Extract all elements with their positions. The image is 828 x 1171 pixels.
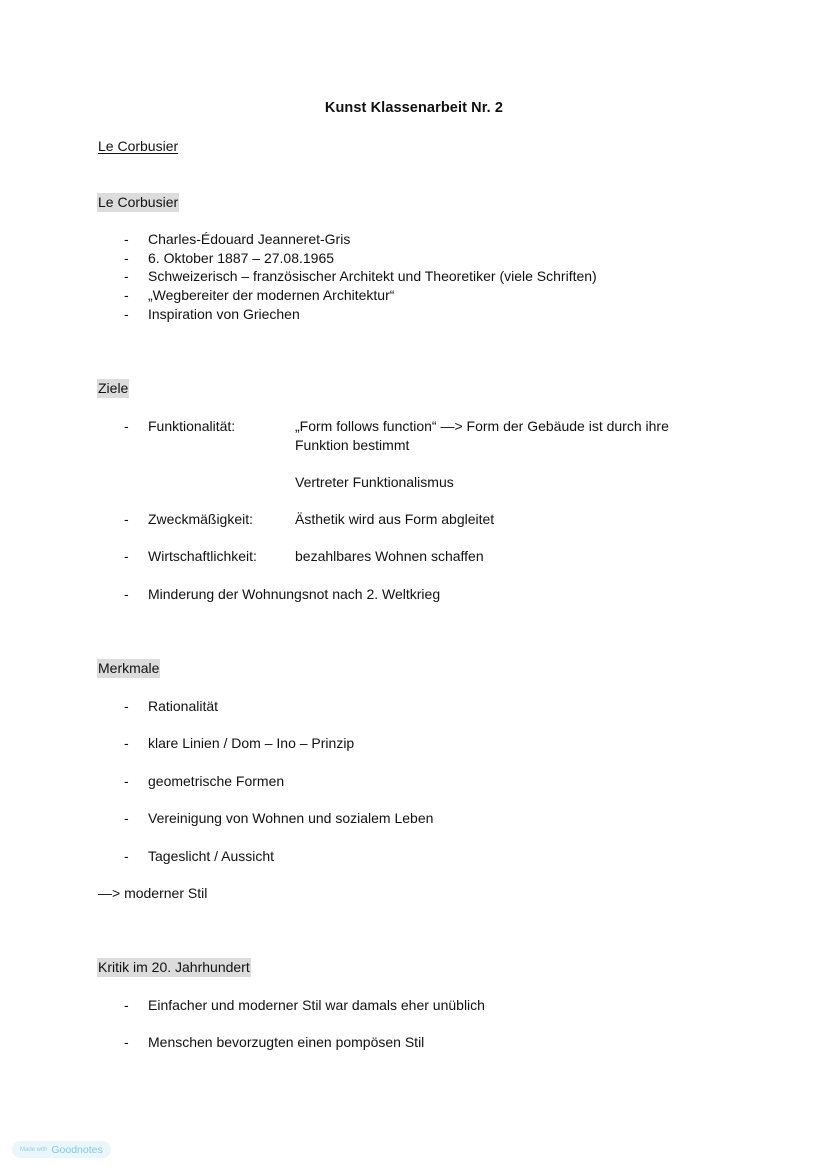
section-heading-kritik: Kritik im 20. Jahrhundert — [98, 958, 251, 976]
list-item: Vereinigung von Wohnen und sozialem Lebe… — [148, 809, 433, 827]
list-item: geometrische Formen — [148, 772, 284, 790]
list-item: Rationalität — [148, 697, 218, 715]
list-item: „Wegbereiter der modernen Architektur“ — [148, 286, 394, 304]
bullet-dash: - — [124, 734, 129, 752]
document-title: Kunst Klassenarbeit Nr. 2 — [0, 100, 828, 116]
section-heading-bio: Le Corbusier — [98, 193, 179, 211]
list-item: Einfacher und moderner Stil war damals e… — [148, 996, 485, 1014]
merkmale-conclusion: —> moderner Stil — [98, 884, 207, 902]
list-item: Tageslicht / Aussicht — [148, 847, 274, 865]
bullet-dash: - — [124, 267, 129, 285]
goodnotes-watermark: Made with Goodnotes — [12, 1141, 111, 1158]
goal-label-funktionalitaet: Funktionalität: — [148, 417, 235, 435]
list-item: Inspiration von Griechen — [148, 305, 300, 323]
topic-heading: Le Corbusier — [98, 137, 178, 155]
goal-value: Ästhetik wird aus Form abgleitet — [295, 510, 494, 528]
goal-label-wohnungsnot: Minderung der Wohnungsnot nach 2. Weltkr… — [148, 585, 440, 603]
bullet-dash: - — [124, 697, 129, 715]
goal-label-zweckmaessigkeit: Zweckmäßigkeit: — [148, 510, 253, 528]
section-heading-ziele: Ziele — [98, 379, 129, 397]
bullet-dash: - — [124, 772, 129, 790]
bullet-dash: - — [124, 996, 129, 1014]
list-item: 6. Oktober 1887 – 27.08.1965 — [148, 249, 334, 267]
goal-label-wirtschaftlichkeit: Wirtschaftlichkeit: — [148, 547, 257, 565]
list-item: Charles-Édouard Jeanneret-Gris — [148, 230, 350, 248]
watermark-prefix: Made with — [20, 1147, 47, 1153]
goal-value: bezahlbares Wohnen schaffen — [295, 547, 484, 565]
goal-extra-note: Vertreter Funktionalismus — [295, 473, 454, 491]
bullet-dash: - — [124, 249, 129, 267]
bullet-dash: - — [124, 305, 129, 323]
document-page: Kunst Klassenarbeit Nr. 2 Le Corbusier L… — [0, 0, 828, 1171]
goal-value-line: „Form follows function“ —> Form der Gebä… — [295, 417, 669, 435]
bullet-dash: - — [124, 585, 129, 603]
bullet-dash: - — [124, 510, 129, 528]
bullet-dash: - — [124, 847, 129, 865]
bullet-dash: - — [124, 1033, 129, 1051]
list-item: klare Linien / Dom – Ino – Prinzip — [148, 734, 354, 752]
list-item: Schweizerisch – französischer Architekt … — [148, 267, 597, 285]
bullet-dash: - — [124, 230, 129, 248]
goal-value-line: Funktion bestimmt — [295, 436, 409, 454]
bullet-dash: - — [124, 809, 129, 827]
section-heading-merkmale: Merkmale — [98, 659, 160, 677]
bullet-dash: - — [124, 286, 129, 304]
bullet-dash: - — [124, 547, 129, 565]
list-item: Menschen bevorzugten einen pompösen Stil — [148, 1033, 424, 1051]
bullet-dash: - — [124, 417, 129, 435]
watermark-brand: Goodnotes — [51, 1144, 102, 1156]
